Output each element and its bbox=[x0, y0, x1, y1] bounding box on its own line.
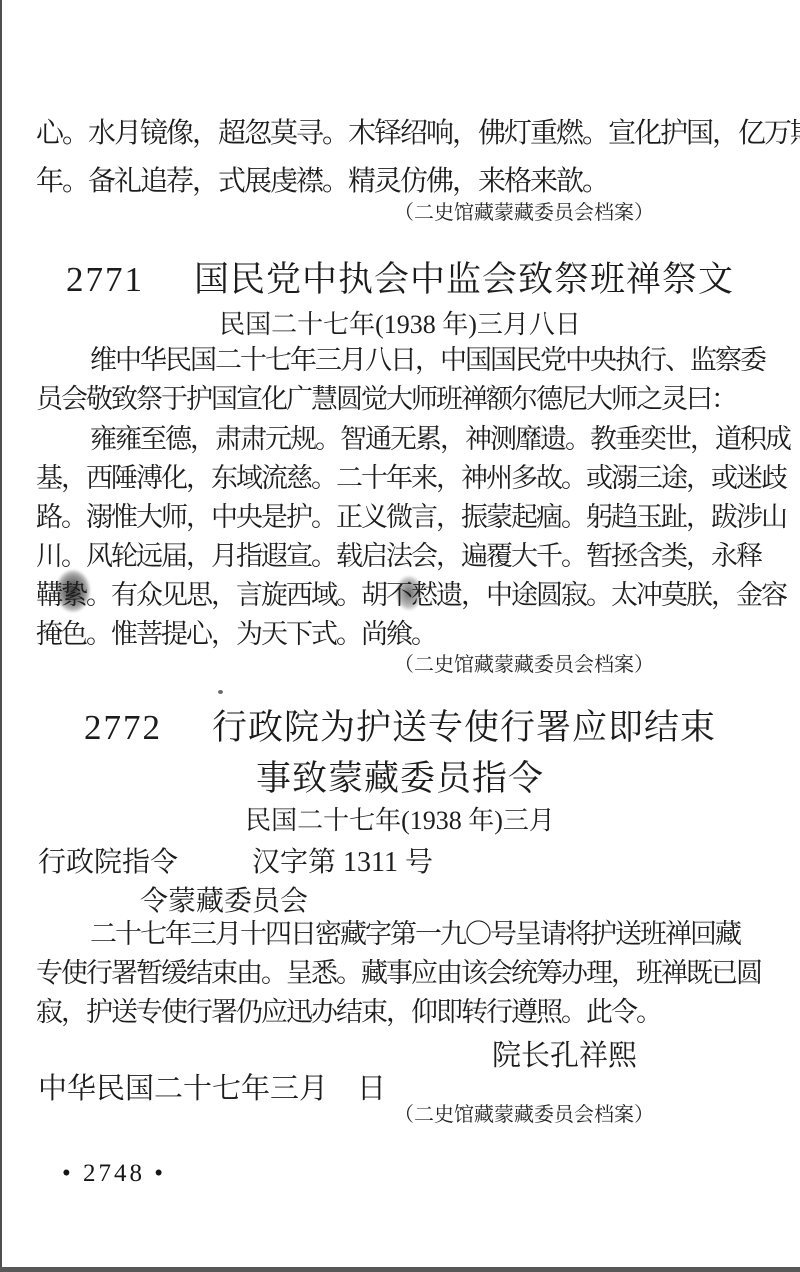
doc2772-body-line: 专使行署暂缓结束由。呈悉。藏事应由该会统筹办理，班禅既已圆 bbox=[36, 954, 770, 993]
doc2771-eulogy-line: 基，西陲溥化，东域流慈。二十年来，神州多故。或溺三途，或迷歧 bbox=[36, 459, 770, 498]
archive-note-2: （二史馆藏蒙藏委员会档案） bbox=[394, 648, 654, 677]
archive-note-1: （二史馆藏蒙藏委员会档案） bbox=[394, 196, 654, 225]
doc2772-signature: 院长孔祥熙 bbox=[492, 1033, 637, 1074]
doc2772-title-row: 2772行政院为护送专使行署应即结束 bbox=[0, 700, 800, 750]
doc2771-opening: 维中华民国二十七年三月八日，中国国民党中央执行、监察委 员会敬致祭于护国宣化广慧… bbox=[36, 341, 770, 419]
doc2772-title-line2: 事致蒙藏委员指令 bbox=[0, 751, 800, 801]
doc2772-body-line: 寂，护送专使行署仍应迅办结束，仰即转行遵照。此令。 bbox=[36, 993, 770, 1032]
doc2771-eulogy-line: 川。风轮远届，月指遐宣。载启法会，遍覆大千。暂拯含类，永释 bbox=[36, 537, 770, 576]
doc2771-eulogy: 雍雍至德，肃肃元规。智通无累，神测靡遗。教垂奕世，道积成 基，西陲溥化，东域流慈… bbox=[36, 420, 770, 654]
intro-line: 心。水月镜像，超忽莫寻。木铎绍响，佛灯重燃。宣化护国，亿万斯 bbox=[36, 110, 770, 158]
doc2771-eulogy-line: 路。溺惟大师，中央是护。正义微言，振蒙起痼。躬趋玉趾，跋涉山 bbox=[36, 498, 770, 537]
doc2771-title-row: 2771国民党中执会中监会致祭班禅祭文 bbox=[0, 252, 800, 302]
scan-edge-left bbox=[0, 0, 2, 1272]
doc2772-number: 2772 bbox=[84, 708, 162, 747]
doc2771-opening-line: 员会敬致祭于护国宣化广慧圆觉大师班禅额尔德尼大师之灵曰： bbox=[36, 380, 770, 419]
ink-dot bbox=[218, 690, 223, 694]
ink-smudge bbox=[396, 576, 422, 610]
doc2772-addressee: 令蒙藏委员会 bbox=[140, 879, 308, 919]
doc2772-issuer: 行政院指令 bbox=[38, 840, 178, 880]
doc2772-date-blank: 中华民国二十七年三月 日 bbox=[38, 1066, 386, 1107]
scan-edge-bottom bbox=[0, 1267, 800, 1272]
intro-paragraph: 心。水月镜像，超忽莫寻。木铎绍响，佛灯重燃。宣化护国，亿万斯 年。备礼追荐，式展… bbox=[36, 110, 770, 206]
doc2771-date: 民国二十七年(1938 年)三月八日 bbox=[0, 304, 800, 341]
ink-smudge bbox=[56, 570, 90, 612]
scanned-archive-page: 心。水月镜像，超忽莫寻。木铎绍响，佛灯重燃。宣化护国，亿万斯 年。备礼追荐，式展… bbox=[0, 0, 800, 1272]
doc2772-title-line1: 行政院为护送专使行署应即结束 bbox=[212, 708, 716, 747]
archive-note-3: （二史馆藏蒙藏委员会档案） bbox=[394, 1098, 654, 1127]
doc2772-date: 民国二十七年(1938 年)三月 bbox=[0, 800, 800, 837]
doc2771-eulogy-line: 雍雍至德，肃肃元规。智通无累，神测靡遗。教垂奕世，道积成 bbox=[36, 420, 770, 459]
doc2771-number: 2771 bbox=[66, 260, 144, 299]
doc2771-title: 国民党中执会中监会致祭班禅祭文 bbox=[194, 260, 734, 299]
doc2772-body: 二十七年三月十四日密藏字第一九〇号呈请将护送班禅回藏 专使行署暂缓结束由。呈悉。… bbox=[36, 915, 770, 1032]
doc2771-opening-line: 维中华民国二十七年三月八日，中国国民党中央执行、监察委 bbox=[36, 341, 770, 380]
doc2772-body-line: 二十七年三月十四日密藏字第一九〇号呈请将护送班禅回藏 bbox=[36, 915, 770, 954]
page-number: • 2748 • bbox=[62, 1160, 166, 1188]
doc2772-ref-number: 汉字第 1311 号 bbox=[252, 840, 433, 880]
